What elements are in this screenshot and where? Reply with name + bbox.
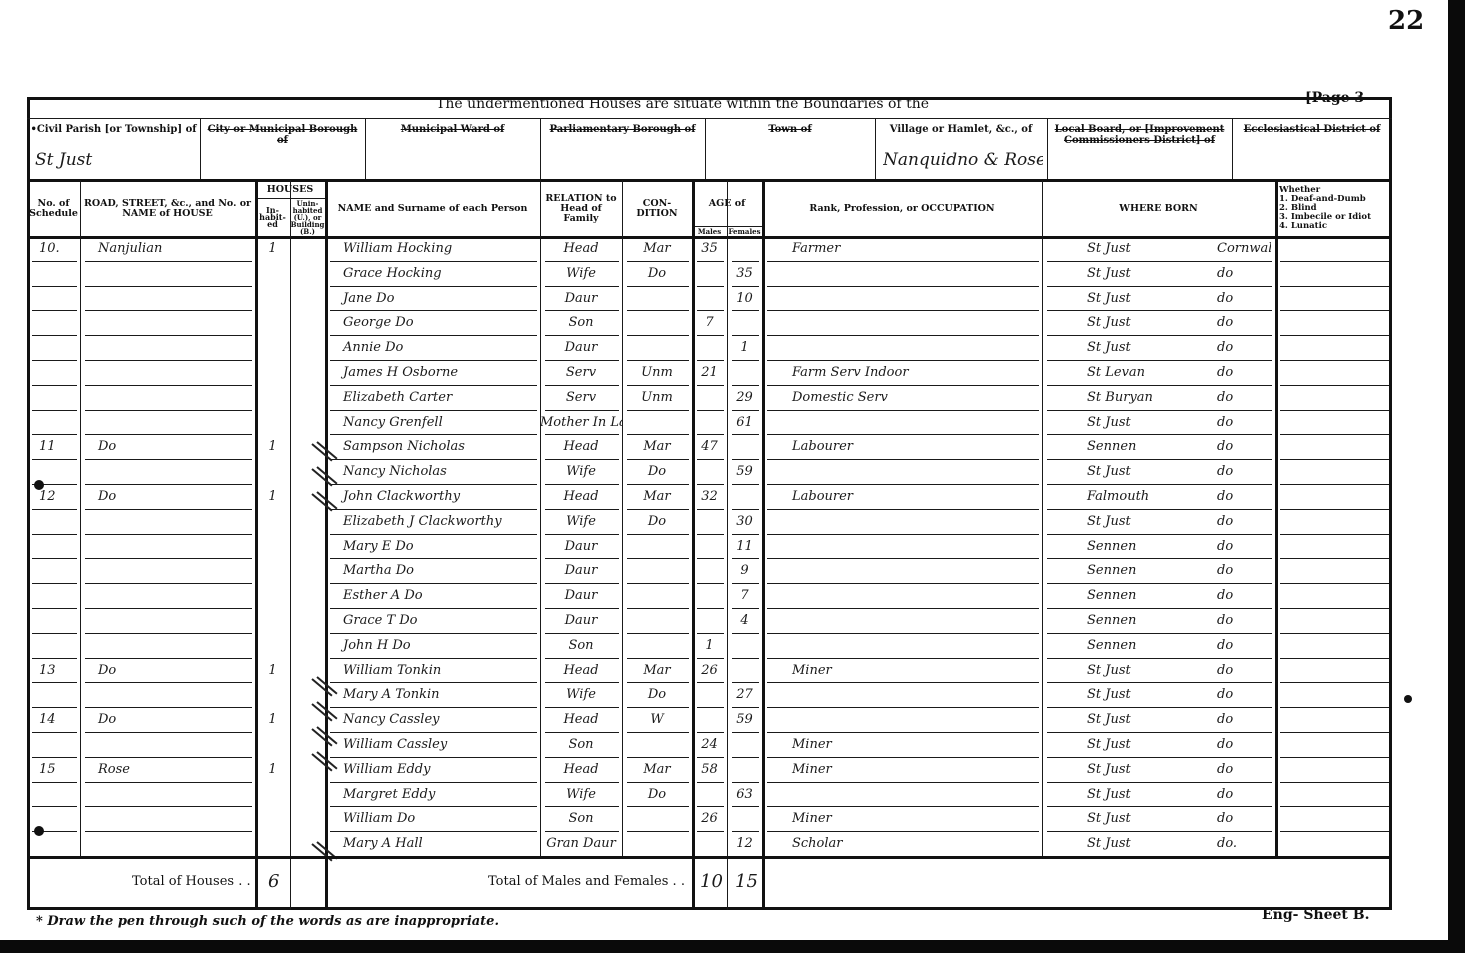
condition-cell: Unm [622,361,692,385]
condition-cell [622,832,692,856]
road-cell: Nanjulian [80,237,255,261]
condition-cell: Do [622,783,692,807]
column-header-uninhabited: Unin-habited (U.), or Building (B.) [290,200,325,234]
female-age-cell [727,634,762,658]
condition-cell [622,287,692,311]
location-value [548,147,701,173]
page-reference: [Page 3 [1305,90,1364,106]
condition-cell [622,535,692,559]
female-age-cell [727,237,762,261]
relation-cell: Son [540,807,622,831]
folio-number: 22 [1388,6,1424,36]
schedule-cell [27,262,80,286]
relation-cell: Wife [540,460,622,484]
birth-county-cell: do [1042,361,1271,385]
inhabited-cell [255,262,290,286]
schedule-cell [27,361,80,385]
road-cell [80,510,255,534]
column-header-occupation: Rank, Profession, or OCCUPATION [764,184,1040,234]
location-label: Municipal Ward of [367,124,538,135]
condition-cell [622,584,692,608]
name-cell: John Clackworthy [325,485,540,509]
inhabited-cell: 1 [255,485,290,509]
male-age-cell [692,336,727,360]
female-age-cell [727,361,762,385]
occupation-cell [762,584,1042,608]
divider [27,179,1392,182]
inhabited-cell [255,807,290,831]
inhabited-cell: 1 [255,237,290,261]
male-age-cell [692,460,727,484]
table-row: Grace HockingWifeDo35St Justdo [0,262,1465,287]
table-row: Annie DoDaur1St Justdo [0,336,1465,361]
inhabited-cell [255,535,290,559]
name-cell: Elizabeth Carter [325,386,540,410]
birth-county-cell: do [1042,262,1271,286]
location-label: Parliamentary Borough of [542,124,703,135]
column-header-females: Females [727,227,762,236]
table-row: Mary A TonkinWifeDo27St Justdo [0,683,1465,708]
occupation-cell [762,411,1042,435]
total-males-value: 10 [700,870,723,894]
male-age-cell [692,535,727,559]
schedule-cell [27,510,80,534]
table-row: George DoSon7St Justdo [0,311,1465,336]
birth-county-cell: do [1042,311,1271,335]
schedule-cell [27,733,80,757]
road-cell: Do [80,708,255,732]
location-label: •Civil Parish [or Township] of [29,124,198,135]
occupation-cell [762,460,1042,484]
road-cell: Do [80,659,255,683]
relation-cell: Head [540,435,622,459]
name-cell: Esther A Do [325,584,540,608]
male-age-cell [692,510,727,534]
table-row: Jane DoDaur10St Justdo [0,287,1465,312]
schedule-cell [27,386,80,410]
road-cell [80,783,255,807]
schedule-cell [27,559,80,583]
condition-cell [622,411,692,435]
occupation-cell: Labourer [762,485,1042,509]
table-row: 13Do1William TonkinHeadMar26MinerSt Just… [0,659,1465,684]
column-header-where_born: WHERE BORN [1044,184,1273,234]
column-header-condition: CON-DITION [624,184,690,234]
schedule-cell: 15 [27,758,80,782]
male-age-cell [692,708,727,732]
table-row: 15Rose1William EddyHeadMar58MinerSt Just… [0,758,1465,783]
occupation-cell [762,559,1042,583]
name-cell: William Cassley [325,733,540,757]
birth-county-cell: do [1042,733,1271,757]
relation-cell: Son [540,733,622,757]
birth-county-cell: do [1042,386,1271,410]
occupation-cell: Farmer [762,237,1042,261]
road-cell: Do [80,435,255,459]
birth-county-cell: do [1042,535,1271,559]
male-age-cell: 58 [692,758,727,782]
inhabited-cell [255,460,290,484]
inhabited-cell [255,411,290,435]
occupation-cell [762,336,1042,360]
name-cell: Martha Do [325,559,540,583]
column-header-infirmity: Whether 1. Deaf-and-Dumb 2. Blind 3. Imb… [1279,182,1390,234]
sheet-identifier: Eng- Sheet B. [1262,907,1369,923]
birth-county-cell: do [1042,807,1271,831]
name-cell: Grace T Do [325,609,540,633]
birth-county-cell: do [1042,287,1271,311]
table-row: 12Do1John ClackworthyHeadMar32LabourerFa… [0,485,1465,510]
schedule-cell: 14 [27,708,80,732]
ink-blot [34,826,44,836]
male-age-cell [692,609,727,633]
female-age-cell: 35 [727,262,762,286]
female-age-cell: 4 [727,609,762,633]
location-value [713,147,871,173]
name-cell: Nancy Grenfell [325,411,540,435]
table-row: Margret EddyWifeDo63St Justdo [0,783,1465,808]
ink-blot [34,480,44,490]
condition-cell: Mar [622,659,692,683]
female-age-cell: 59 [727,708,762,732]
relation-cell: Mother In Law [540,411,622,435]
table-row: 11Do1Sampson NicholasHeadMar47LabourerSe… [0,435,1465,460]
inhabited-cell [255,336,290,360]
inhabited-cell [255,287,290,311]
name-cell: Nancy Nicholas [325,460,540,484]
condition-cell [622,559,692,583]
birth-county-cell: do [1042,783,1271,807]
name-cell: Nancy Cassley [325,708,540,732]
occupation-cell [762,783,1042,807]
female-age-cell: 7 [727,584,762,608]
birth-county-cell: do [1042,510,1271,534]
road-cell [80,287,255,311]
female-age-cell: 10 [727,287,762,311]
occupation-cell: Miner [762,733,1042,757]
table-row: William CassleySon24MinerSt Justdo [0,733,1465,758]
relation-cell: Wife [540,510,622,534]
male-age-cell: 26 [692,807,727,831]
relation-cell: Head [540,485,622,509]
condition-cell: Do [622,683,692,707]
birth-county-cell: do [1042,634,1271,658]
table-row: Nancy GrenfellMother In Law61St Justdo [0,411,1465,436]
footnote: * Draw the pen through such of the words… [36,914,499,929]
location-label: Village or Hamlet, &c., of [877,124,1045,135]
male-age-cell [692,411,727,435]
birth-county-cell: do. [1042,832,1271,856]
condition-cell [622,609,692,633]
road-cell: Rose [80,758,255,782]
condition-cell: Mar [622,485,692,509]
female-age-cell [727,733,762,757]
male-age-cell: 24 [692,733,727,757]
column-divider [290,856,291,910]
location-label: Local Board, or [Improvement Commissione… [1049,124,1230,146]
male-age-cell [692,287,727,311]
road-cell [80,559,255,583]
ink-blot [1404,695,1412,703]
occupation-cell: Miner [762,659,1042,683]
birth-county-cell: do [1042,584,1271,608]
relation-cell: Son [540,634,622,658]
total-houses-value: 6 [268,870,279,894]
birth-county-cell: do [1042,758,1271,782]
schedule-cell [27,535,80,559]
relation-cell: Daur [540,584,622,608]
road-cell [80,336,255,360]
inhabited-cell [255,733,290,757]
female-age-cell: 29 [727,386,762,410]
inhabited-cell [255,783,290,807]
occupation-cell [762,535,1042,559]
inhabited-cell [255,559,290,583]
condition-cell: Mar [622,237,692,261]
schedule-cell [27,683,80,707]
road-cell [80,535,255,559]
location-value: St Just [35,147,196,173]
relation-cell: Daur [540,609,622,633]
inhabited-cell: 1 [255,708,290,732]
occupation-cell [762,634,1042,658]
column-divider [727,856,728,910]
occupation-cell: Domestic Serv [762,386,1042,410]
condition-cell [622,807,692,831]
male-age-cell: 1 [692,634,727,658]
relation-cell: Serv [540,386,622,410]
condition-cell [622,634,692,658]
male-age-cell [692,832,727,856]
birth-county-cell: do [1042,460,1271,484]
relation-cell: Wife [540,783,622,807]
name-cell: Annie Do [325,336,540,360]
table-row: 10.Nanjulian1William HockingHeadMar35Far… [0,237,1465,262]
column-header-name: NAME and Surname of each Person [327,184,538,234]
divider [540,118,541,180]
schedule-cell [27,609,80,633]
total-females-value: 15 [735,870,758,894]
female-age-cell: 11 [727,535,762,559]
inhabited-cell [255,609,290,633]
column-header-inhabited: In-habit-ed [255,200,290,234]
inhabited-cell: 1 [255,435,290,459]
condition-cell: Do [622,510,692,534]
road-cell [80,361,255,385]
table-row: Elizabeth CarterServUnm29Domestic ServSt… [0,386,1465,411]
male-age-cell: 7 [692,311,727,335]
male-age-cell: 21 [692,361,727,385]
condition-cell: W [622,708,692,732]
road-cell: Do [80,485,255,509]
female-age-cell: 30 [727,510,762,534]
female-age-cell: 12 [727,832,762,856]
birth-county-cell: Cornwall [1042,237,1271,261]
column-header-road: ROAD, STREET, &c., and No. or NAME of HO… [82,184,253,234]
name-cell: William Hocking [325,237,540,261]
name-cell: Elizabeth J Clackworthy [325,510,540,534]
condition-cell: Do [622,460,692,484]
form-title: The undermentioned Houses are situate wi… [0,96,1365,112]
table-row: William DoSon26MinerSt Justdo [0,807,1465,832]
inhabited-cell: 1 [255,659,290,683]
road-cell [80,262,255,286]
condition-cell [622,733,692,757]
name-cell: William Tonkin [325,659,540,683]
condition-cell: Unm [622,386,692,410]
location-value [373,147,536,173]
female-age-cell: 9 [727,559,762,583]
schedule-cell [27,783,80,807]
male-age-cell [692,386,727,410]
female-age-cell [727,311,762,335]
female-age-cell [727,485,762,509]
relation-cell: Daur [540,535,622,559]
table-row: Grace T DoDaur4Sennendo [0,609,1465,634]
divider [1047,118,1048,180]
female-age-cell [727,659,762,683]
column-header-males: Males [692,227,727,236]
road-cell [80,609,255,633]
female-age-cell: 61 [727,411,762,435]
table-row: Mary A HallGran Daur12ScholarSt Justdo. [0,832,1465,857]
location-label: Ecclesiastical District of [1234,124,1390,135]
road-cell [80,807,255,831]
inhabited-cell [255,361,290,385]
male-age-cell: 47 [692,435,727,459]
name-cell: William Eddy [325,758,540,782]
inhabited-cell [255,510,290,534]
occupation-cell: Scholar [762,832,1042,856]
road-cell [80,832,255,856]
table-row: James H OsborneServUnm21Farm Serv Indoor… [0,361,1465,386]
schedule-cell [27,311,80,335]
relation-cell: Daur [540,336,622,360]
name-cell: Mary E Do [325,535,540,559]
relation-cell: Son [540,311,622,335]
birth-county-cell: do [1042,336,1271,360]
occupation-cell [762,683,1042,707]
male-age-cell [692,783,727,807]
male-age-cell: 26 [692,659,727,683]
relation-cell: Head [540,237,622,261]
male-age-cell [692,559,727,583]
name-cell: James H Osborne [325,361,540,385]
location-label: City or Municipal Borough of [202,124,363,146]
road-cell [80,311,255,335]
name-cell: George Do [325,311,540,335]
table-row: Nancy NicholasWifeDo59St Justdo [0,460,1465,485]
birth-county-cell: do [1042,485,1271,509]
schedule-cell [27,287,80,311]
relation-cell: Daur [540,559,622,583]
occupation-cell [762,262,1042,286]
relation-cell: Wife [540,262,622,286]
occupation-cell: Labourer [762,435,1042,459]
divider [1232,118,1233,180]
table-row: Martha DoDaur9Sennendo [0,559,1465,584]
name-cell: Margret Eddy [325,783,540,807]
relation-cell: Head [540,659,622,683]
scan-edge-bottom [0,940,1465,953]
road-cell [80,683,255,707]
birth-county-cell: do [1042,659,1271,683]
location-value [1055,147,1228,173]
column-divider [325,856,328,910]
inhabited-cell: 1 [255,758,290,782]
road-cell [80,411,255,435]
divider [27,856,1392,859]
column-header-relation: RELATION to Head of Family [542,184,620,234]
road-cell [80,460,255,484]
condition-cell: Mar [622,435,692,459]
name-cell: Jane Do [325,287,540,311]
name-cell: Mary A Tonkin [325,683,540,707]
occupation-cell [762,708,1042,732]
location-value [1240,147,1388,173]
schedule-cell: 11 [27,435,80,459]
female-age-cell [727,807,762,831]
birth-county-cell: do [1042,411,1271,435]
total-persons-label: Total of Males and Females . . [488,874,685,889]
table-row: John H DoSon1Sennendo [0,634,1465,659]
male-age-cell: 35 [692,237,727,261]
location-value: Nanquidno & Rose [883,147,1043,173]
occupation-cell: Farm Serv Indoor [762,361,1042,385]
schedule-cell: 13 [27,659,80,683]
road-cell [80,634,255,658]
divider [365,118,366,180]
relation-cell: Head [540,708,622,732]
female-age-cell: 27 [727,683,762,707]
divider [27,118,1392,119]
relation-cell: Daur [540,287,622,311]
schedule-cell [27,336,80,360]
location-value [208,147,361,173]
female-age-cell [727,758,762,782]
road-cell [80,584,255,608]
inhabited-cell [255,634,290,658]
name-cell: John H Do [325,634,540,658]
female-age-cell [727,435,762,459]
divider [200,118,201,180]
occupation-cell [762,311,1042,335]
relation-cell: Head [540,758,622,782]
road-cell [80,386,255,410]
divider [705,118,706,180]
schedule-cell [27,634,80,658]
total-houses-label: Total of Houses . . [132,874,251,889]
road-cell [80,733,255,757]
male-age-cell [692,683,727,707]
inhabited-cell [255,386,290,410]
male-age-cell [692,262,727,286]
occupation-cell [762,609,1042,633]
column-divider [692,856,695,910]
schedule-cell [27,411,80,435]
table-row: Elizabeth J ClackworthyWifeDo30St Justdo [0,510,1465,535]
column-divider [255,856,258,910]
schedule-cell [27,832,80,856]
inhabited-cell [255,683,290,707]
name-cell: Grace Hocking [325,262,540,286]
female-age-cell: 1 [727,336,762,360]
female-age-cell: 59 [727,460,762,484]
occupation-cell [762,287,1042,311]
name-cell: William Do [325,807,540,831]
column-header-schedule: No. of Schedule [29,184,78,234]
location-label: Town of [707,124,873,135]
